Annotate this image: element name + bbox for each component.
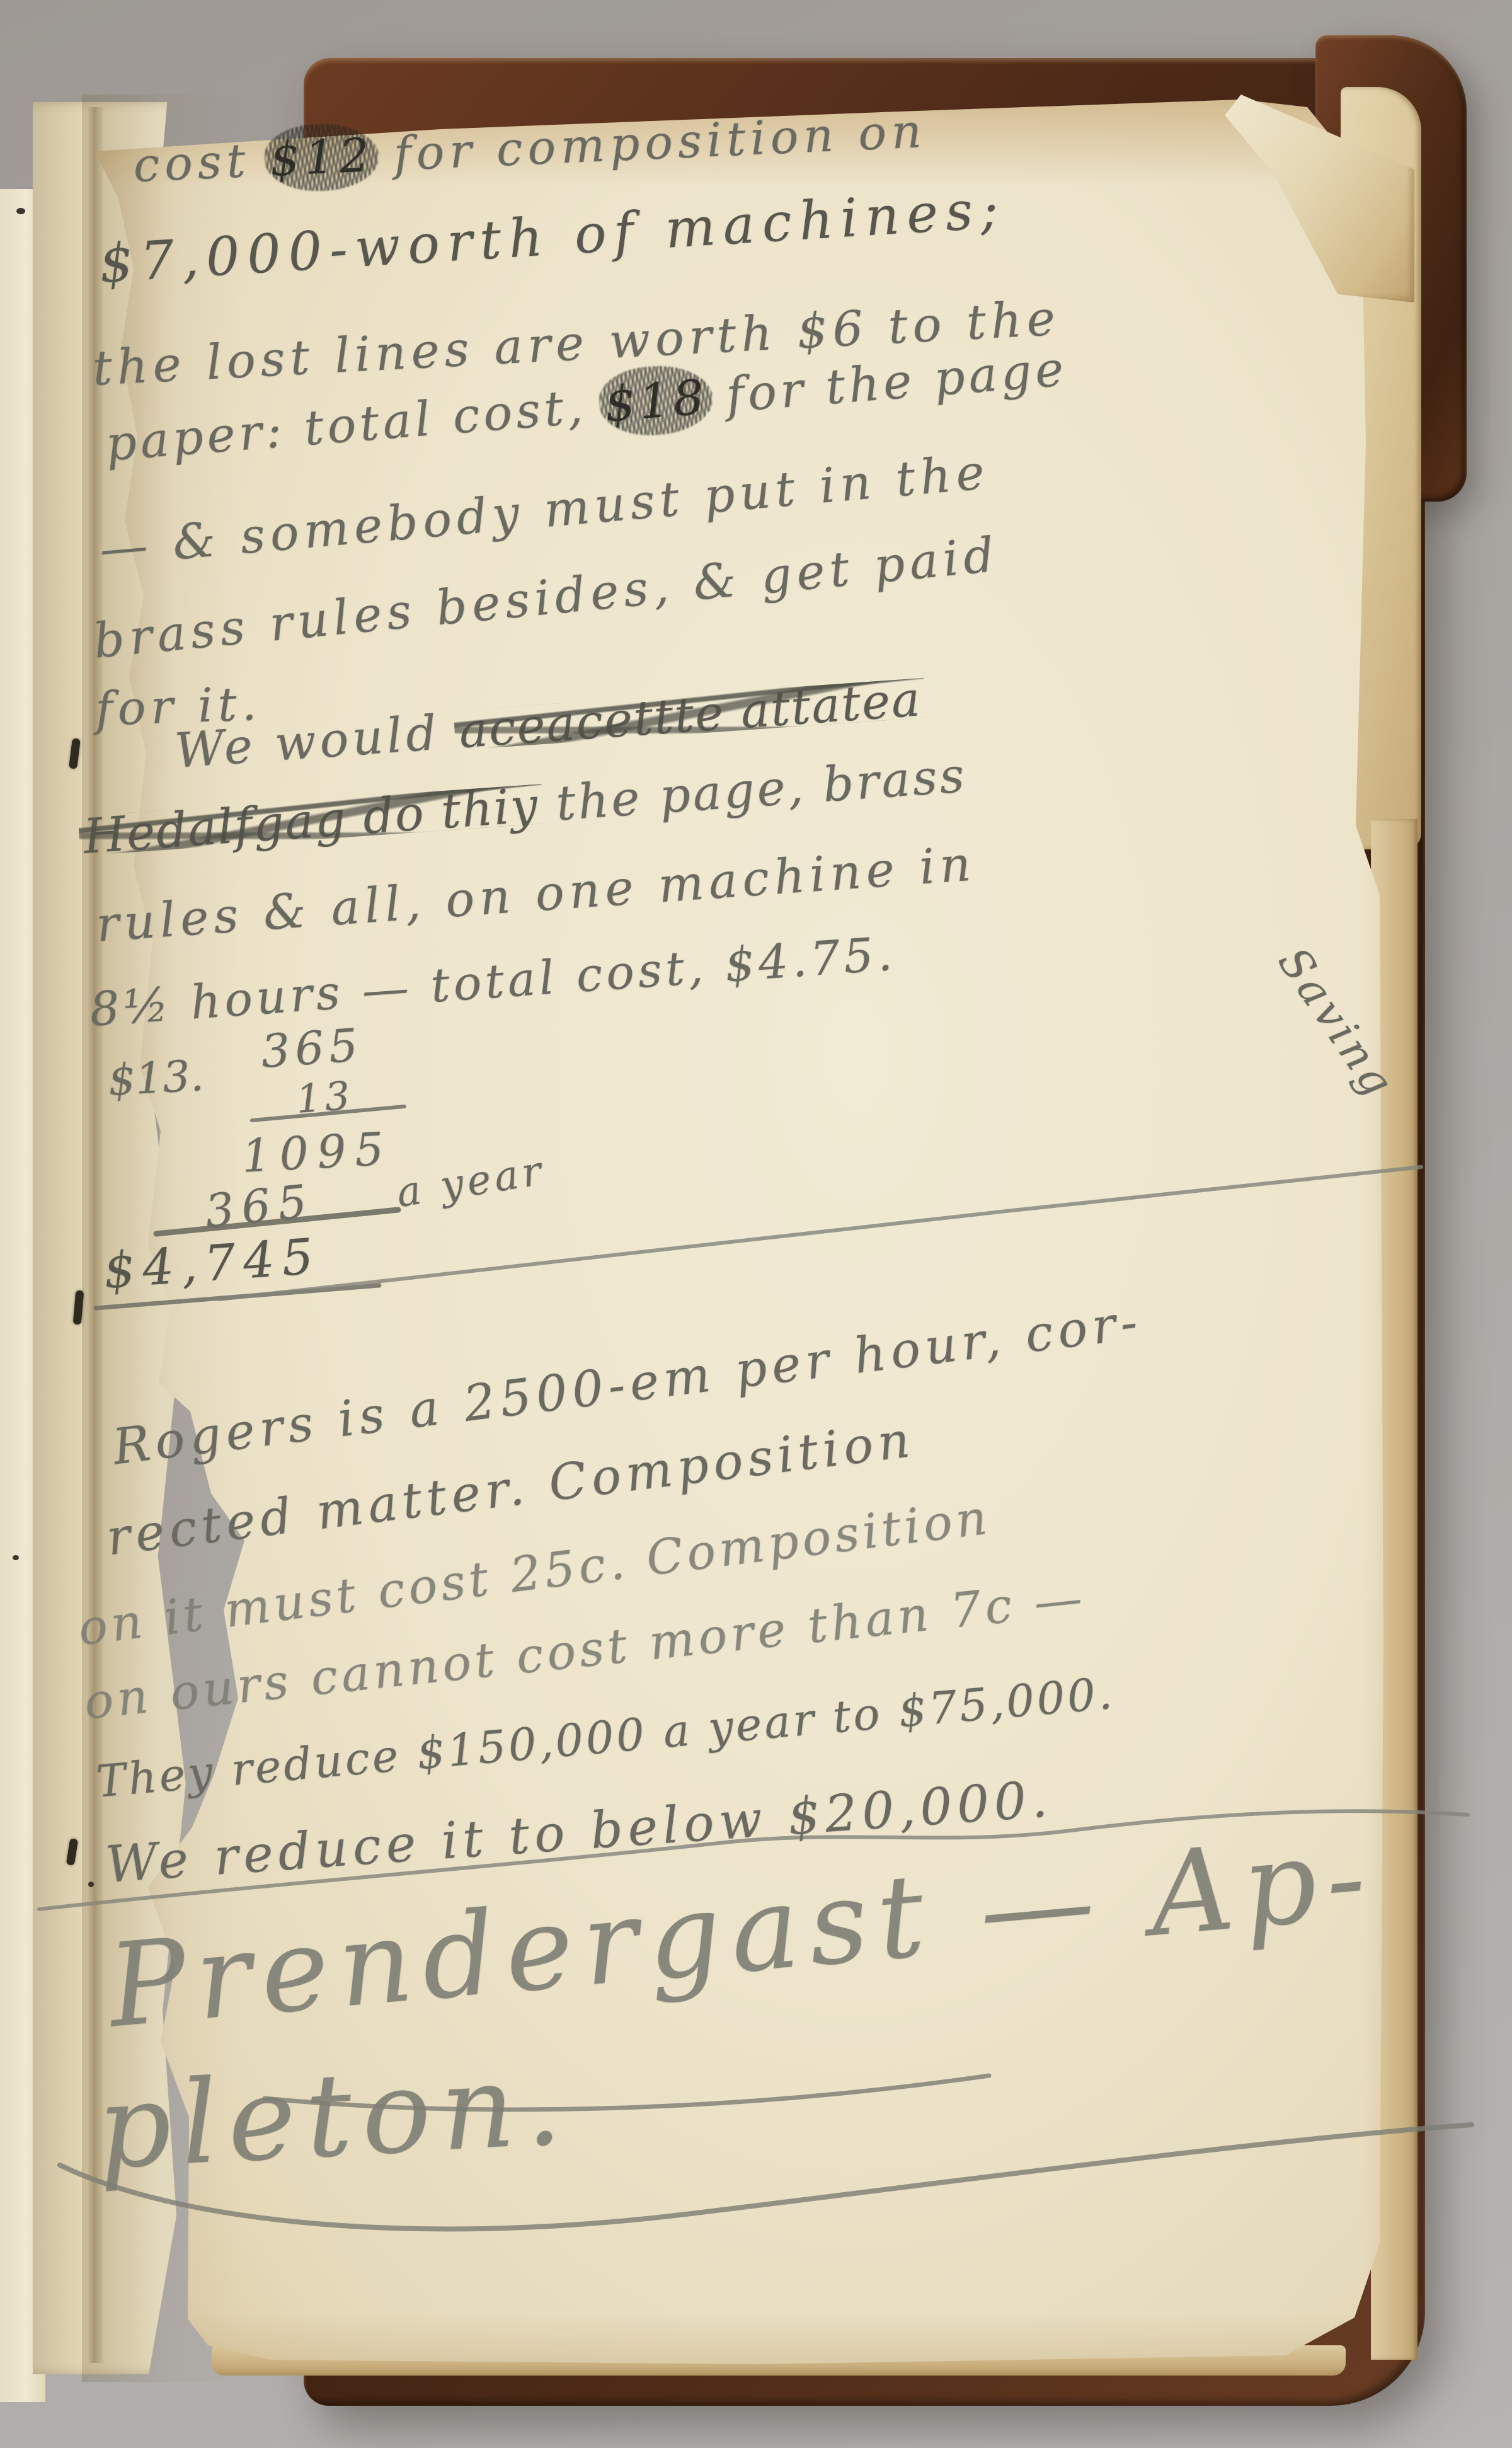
math-shifted-addend: 365 [203,1177,316,1236]
photo-backdrop: cost $12 for composition on $7,000-worth… [0,0,1512,2448]
math-multiplicand: 365 [260,1021,364,1076]
line04-blotted-amount: $18 [603,369,710,433]
line01-text: cost [132,133,272,193]
math-product: 1095 [241,1125,394,1180]
line01-blotted-amount: $12 [269,128,375,187]
math-saving-amount: $13. [107,1054,205,1103]
math-multiplier: 13 [295,1075,355,1120]
handwriting-line-20-pleton: pleton. [94,2043,574,2188]
